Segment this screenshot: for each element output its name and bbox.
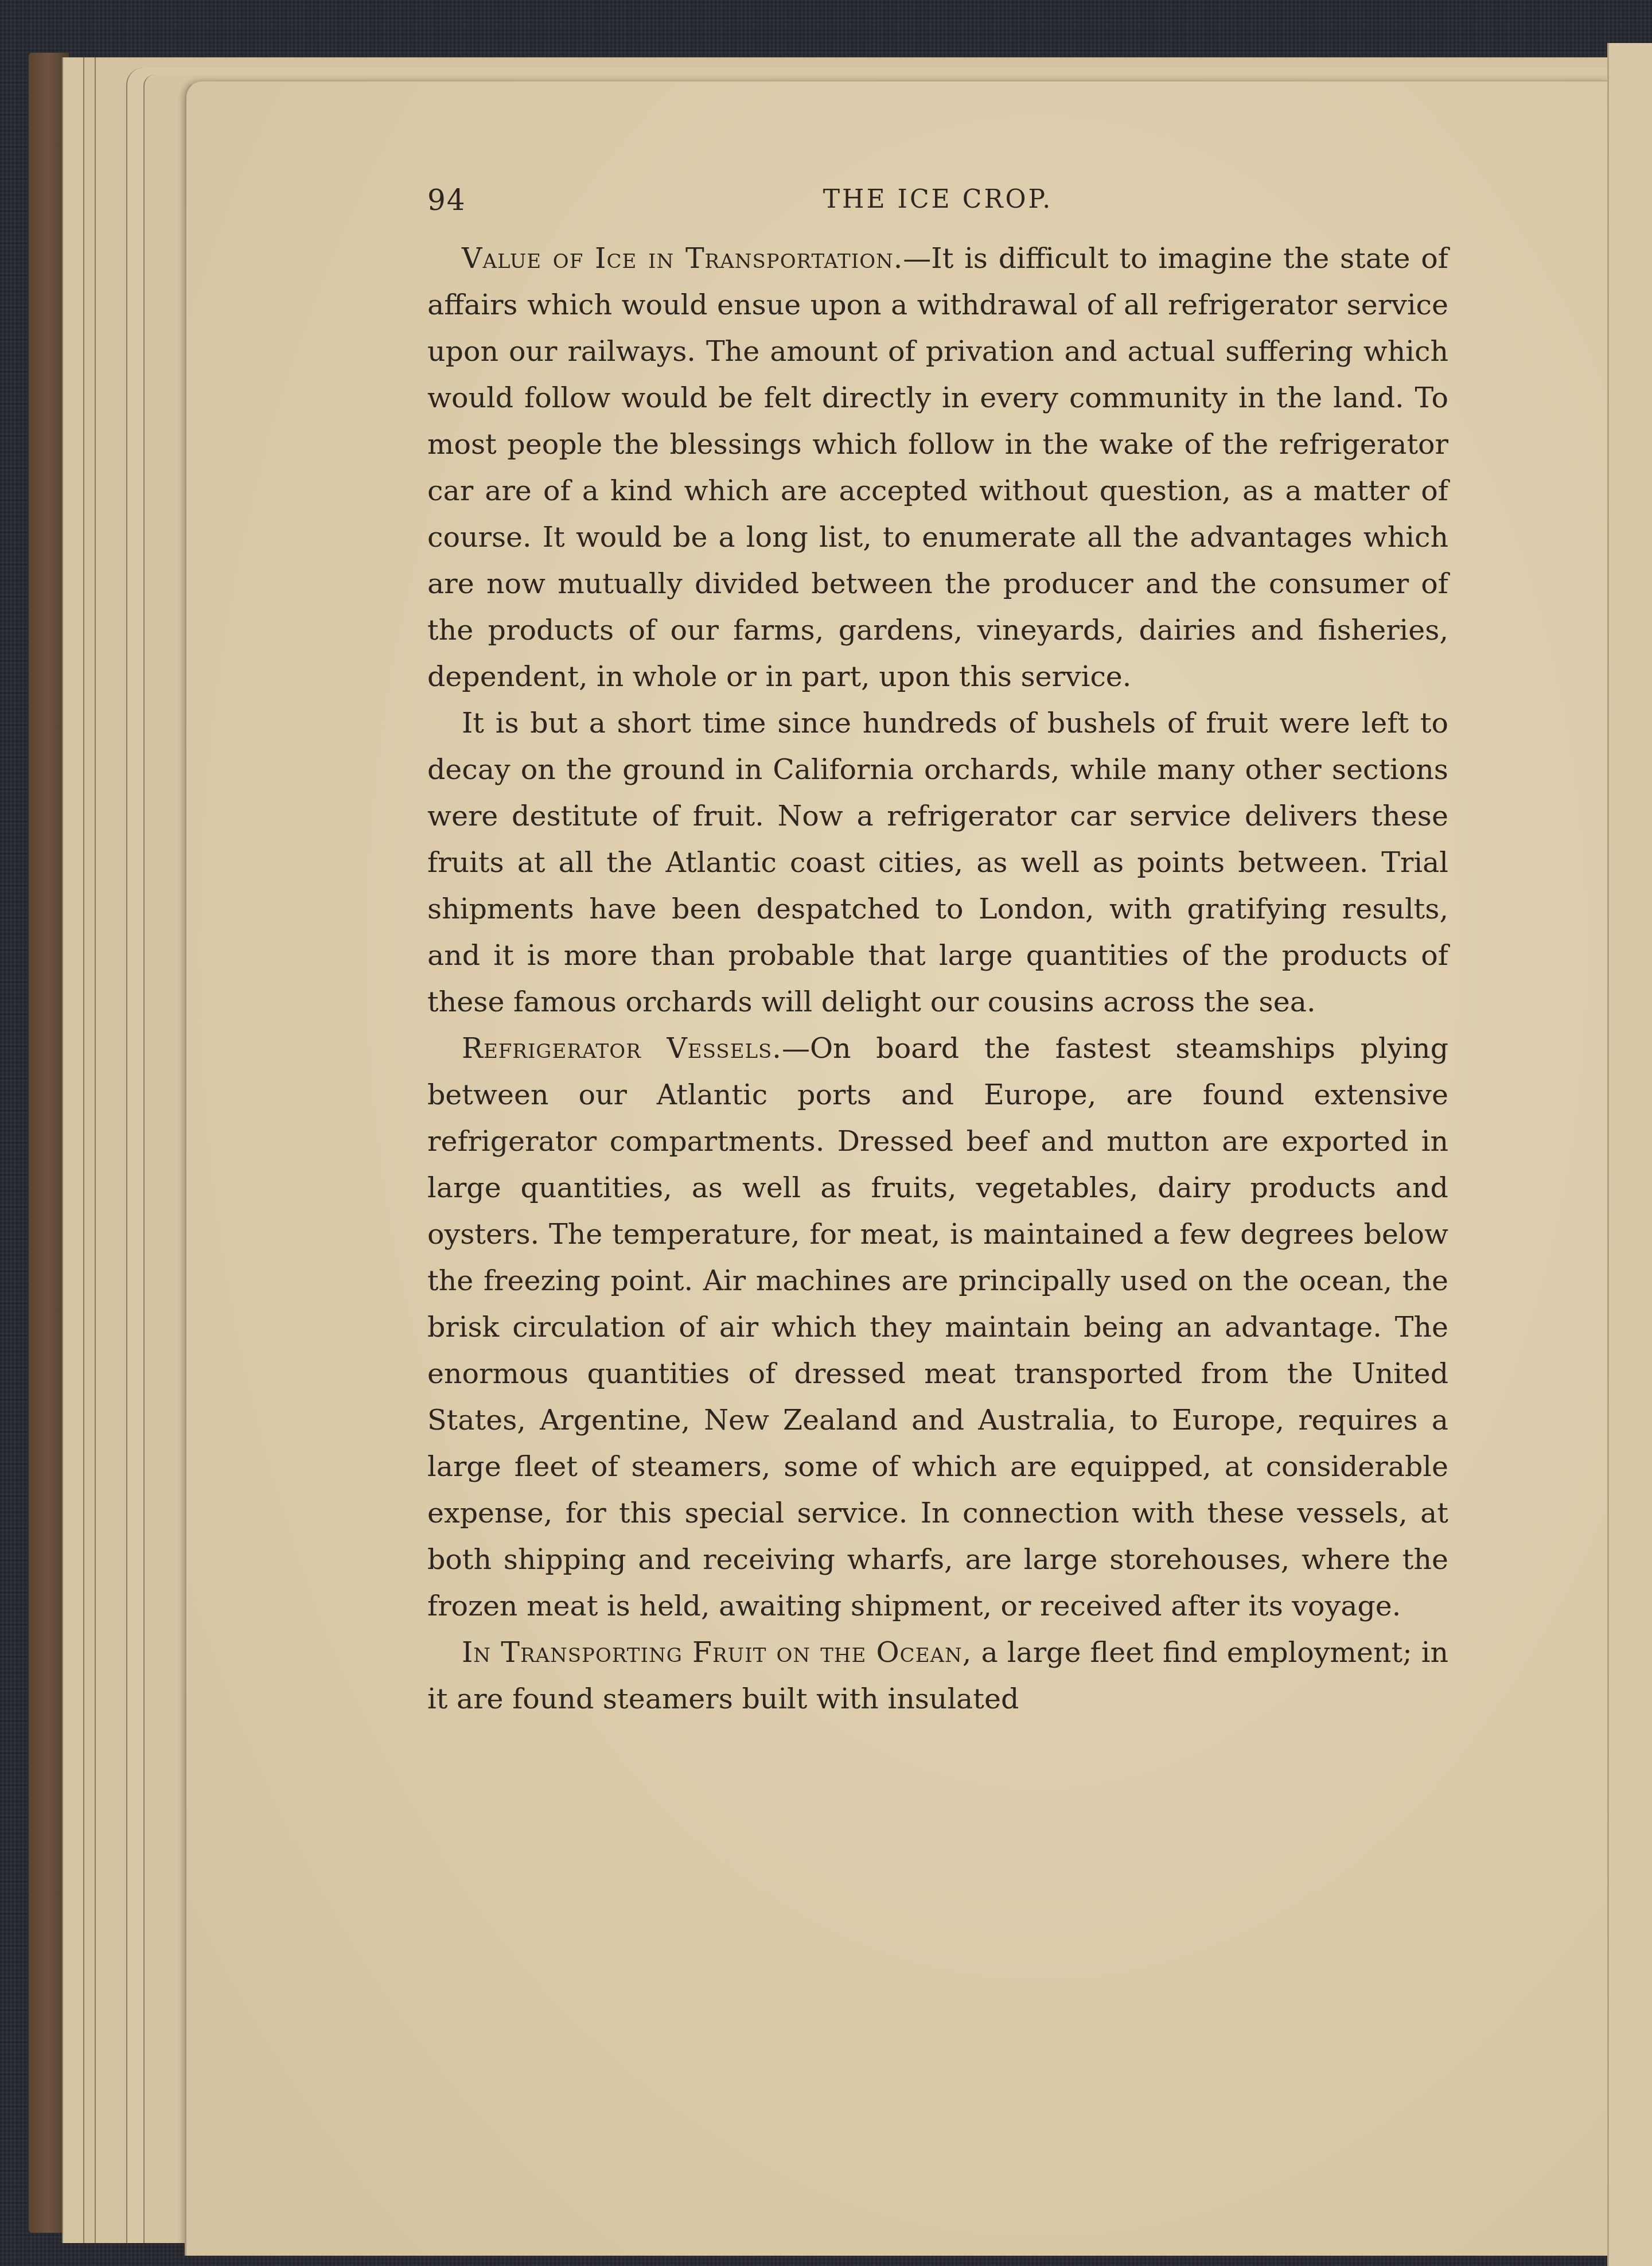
running-title: THE ICE CROP. [427, 185, 1448, 214]
paragraph: It is but a short time since hundreds of… [427, 700, 1448, 1025]
section-heading: In Transporting Fruit on the Ocean, [462, 1636, 972, 1669]
paragraph-text: It is but a short time since hundreds of… [427, 707, 1448, 1018]
paragraph: In Transporting Fruit on the Ocean, a la… [427, 1629, 1448, 1722]
running-head: 94 THE ICE CROP. [427, 172, 1448, 235]
paragraph: Refrigerator Vessels.—On board the faste… [427, 1025, 1448, 1629]
section-heading: Refrigerator Vessels. [462, 1032, 782, 1065]
section-heading: Value of Ice in Transportation. [462, 242, 903, 275]
facing-page-edge [1607, 43, 1652, 2266]
paragraph-text: —On board the fastest steamships plying … [427, 1032, 1448, 1622]
paragraph-text: —It is difficult to imagine the state of… [427, 242, 1448, 693]
page-text: 94 THE ICE CROP. Value of Ice in Transpo… [427, 172, 1448, 1722]
paragraph: Value of Ice in Transportation.—It is di… [427, 235, 1448, 700]
